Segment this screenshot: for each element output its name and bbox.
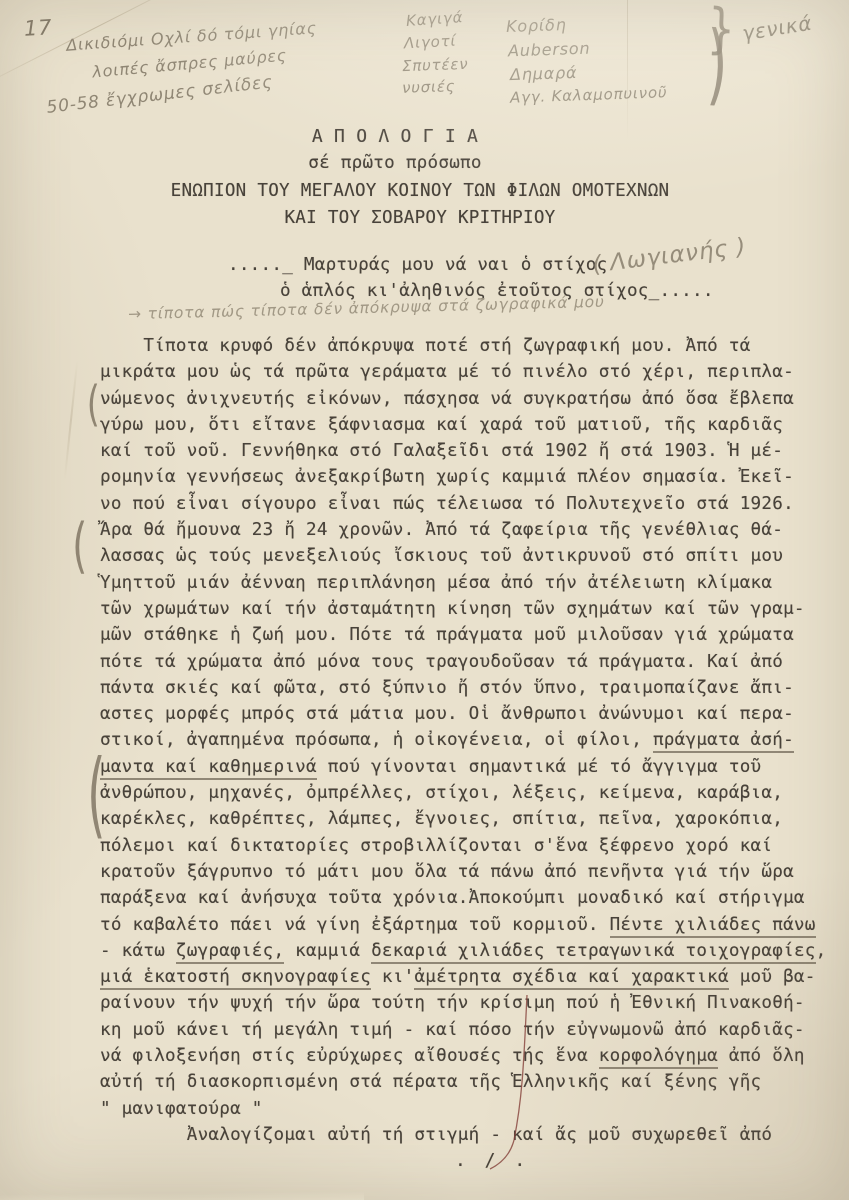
body-line: κη μοῦ κάνει τή μεγάλη τιμή - καί πόσο τ… [100, 1017, 840, 1043]
body-line: Ὑμηττοῦ μιάν ἀένναη περιπλάνηση μέσα ἀπό… [100, 570, 840, 596]
note-topmid-2: Λιγοτί [404, 32, 457, 53]
note-topright-4: Αγγ. Καλαμοπυινοῦ [510, 83, 668, 106]
body-line: νά φιλοξενήση στίς εὐρύχωρες αἴθουσές τή… [100, 1043, 840, 1069]
epigraph-line-1: ....._ Μαρτυράς μου νά ναι ὁ στίχος [228, 255, 607, 275]
body-line: λασσας ὡς τούς μενεξελιούς ἴσκιους τοῦ ἀ… [100, 543, 840, 569]
note-topright-3: Δημαρά [510, 63, 578, 84]
body-line: κρατοῦν ξάγρυπνο τό μάτι μου ὅλα τά πάνω… [100, 859, 840, 885]
body-line: μῶν στάθηκε ἡ ζωή μου. Πότε τά πράγματα … [100, 622, 840, 648]
body-line: αστες μορφές μπρός στά μάτια μου. Οἱ ἄνθ… [100, 701, 840, 727]
quote-attribution-note: ( Λωγιανής ) [591, 234, 748, 279]
note-topmid-3: Σπυτέεν [402, 55, 469, 75]
body-line: καρέκλες, καθρέπτες, λάμπες, ἔγνοιες, σπ… [100, 806, 840, 832]
body-line: Τίποτα κρυφό δέν ἀπόκρυψα ποτέ στή ζωγρα… [100, 333, 840, 359]
paper-crease [627, 0, 628, 140]
note-topleft-3: 50-58 ἔγχρωμες σελίδες [46, 72, 274, 118]
body-line: " μανιφατούρα " [100, 1096, 840, 1122]
title-line-3: ΕΝΩΠΙΟΝ ΤΟΥ ΜΕΓΑΛΟΥ ΚΟΙΝΟΥ ΤΩΝ ΦΙΛΩΝ ΟΜΟ… [95, 181, 745, 201]
body-line: μιά ἑκατοστή σκηνογραφίες κι'ἀμέτρητα σχ… [100, 964, 840, 990]
note-topmid-1: Καγιγά [405, 8, 463, 30]
scanned-page: 17 Δικιδιόμι Οχλί δό τόμι γηίας λοιπές ἄ… [0, 0, 849, 1200]
body-line: στικοί, ἀγαπημένα πρόσωπα, ἡ οἰκογένεια,… [100, 727, 840, 753]
note-topright-2: Auberson [508, 39, 591, 61]
note-topright-1: Κορίδη [506, 15, 567, 36]
page-number-note: 17 [23, 15, 53, 40]
body-line: πόλεμοι καί δικτατορίες στροβιλλίζονται … [100, 833, 840, 859]
page-subtitle: σέ πρῶτο πρόσωπο [90, 153, 700, 173]
body-line: Ἀναλογίζομαι αὐτή τή στιγμή - καί ἄς μοῦ… [100, 1122, 840, 1148]
brace-label: γενικά [741, 11, 814, 46]
body-line: τό καβαλέτο πάει νά γίνη ἐξάρτημα τοῦ κο… [100, 912, 840, 938]
body-line: πότε τά χρώματα ἀπό μόνα τους τραγουδοῦσ… [100, 649, 840, 675]
page-under-edge [0, 1191, 364, 1200]
body-line: αὐτή τή διασκορπισμένη στά πέρατα τῆς Ἑλ… [100, 1069, 840, 1095]
body-line: ρομηνία γεννήσεως ἀνεξακρίβωτη χωρίς καμ… [100, 464, 840, 490]
body-text: Τίποτα κρυφό δέν ἀπόκρυψα ποτέ στή ζωγρα… [100, 333, 840, 1148]
note-topmid-4: νυσιές [402, 77, 456, 97]
paper-crease [64, 360, 79, 480]
body-line: ἀνθρώπου, μηχανές, ὀμπρέλλες, στίχοι, λέ… [100, 780, 840, 806]
continuation-mark: . / . [455, 1150, 529, 1171]
body-line: μαντα καί καθημερινά πού γίνονται σημαντ… [100, 754, 840, 780]
margin-paren-mark: ( [72, 516, 87, 576]
body-line: νώμενος ἀνιχνευτής εἰκόνων, πάσχησα νά σ… [100, 386, 840, 412]
body-line: καί τοῦ νοῦ. Γεννήθηκα στό Γαλαξεῖδι στά… [100, 438, 840, 464]
page-title: Α Π Ο Λ Ο Γ Ι Α [90, 126, 700, 147]
body-line: - κάτω ζωγραφιές, καμμιά δεκαριά χιλιάδε… [100, 938, 840, 964]
margin-paren-mark: ( [87, 380, 100, 428]
big-paren-mark: ) [706, 19, 728, 108]
body-line: παράξενα καί ἀνήσυχα τοῦτα χρόνια.Ἀποκού… [100, 885, 840, 911]
body-line: νο πού εἶναι σίγουρο εἶναι πώς τέλειωσα … [100, 491, 840, 517]
body-line: ραίνουν τήν ψυχή τήν ὥρα τούτη τήν κρίσι… [100, 990, 840, 1016]
title-line-4: ΚΑΙ ΤΟΥ ΣΟΒΑΡΟΥ ΚΡΙΤΗΡΙΟΥ [95, 208, 745, 228]
body-line: μικράτα μου ὡς τά πρῶτα γεράματα μέ τό π… [100, 359, 840, 385]
body-line: τῶν χρωμάτων καί τήν ἀσταμάτητη κίνηση τ… [100, 596, 840, 622]
body-line: Ἄρα θά ἤμουνα 23 ἤ 24 χρονῶν. Ἀπό τά ζαφ… [100, 517, 840, 543]
body-line: πάντα σκιές καί φῶτα, στό ξύπνιο ἤ στόν … [100, 675, 840, 701]
body-line: γύρω μου, ὅτι εἴτανε ξάφνιασμα καί χαρά … [100, 412, 840, 438]
